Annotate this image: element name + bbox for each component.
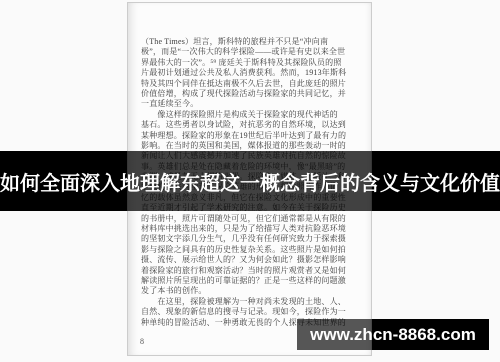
page-text-line: 影与探险之间具有的历史性复杂关系。这些照片是如何拍 [141,245,363,255]
page-text-line: 价值倍增，构成了现代探险活动与探险家的共同记忆，并 [141,89,363,99]
page-text-line: 片最初计划通过公共及私人消费获利。然而，1913年斯科 [141,68,363,78]
page-text-line: （The Times）坦言，斯科特的旅程并不只是“冲向南 [141,37,363,47]
page-number: 8 [140,337,144,346]
page-text-line: 的坚韧文字添几分生气，几乎没有任何研究致力于探索摄 [141,234,363,244]
page-text-line: 在这里，探险被理解为一种对尚未发现的土地、人、 [141,297,363,307]
page-text-line: 像这样的探险照片是构成关于探险家的现代神话的 [141,110,363,120]
page-text-line: 着探险家的旅行和观察活动？当时的照片观赏者又是如何 [141,266,363,276]
page-text-line: 界最伟大的一次”。⁵⁹ 庞廷关于斯科特及其探险队员的照 [141,58,363,68]
page-text-line: 摄、流传、展示给世人的？又为何会如此？摄影怎样影响 [141,255,363,265]
banner-title: 如何全面深入地理解东超这一概念背后的含义与文化价值 [0,167,500,196]
watermark-bar: www.zhcn-8868.com [297,319,489,350]
page-text-line: 一直延续至今。 [141,99,363,109]
page-text-line: 的书册中，照片可谓随处可见，但它们通常都是从有限的 [141,214,363,224]
page-text-line: 影响。在当时的英国和美国，媒体报道的那些轰动一时的 [141,141,363,151]
page-text-line: 自然、现象的新信息的搜寻与记录。现如今，探险作为一 [141,307,363,317]
page-text-line: 极”，而是“一次伟大的科学探险——或许是有史以来全世 [141,47,363,57]
page-text-line: 某种理想。探险家的形象在19世纪后半叶达到了最有力的 [141,131,363,141]
page-text-line: 发了本书的创作。 [141,286,363,296]
page-text-line: 基石。这些勇者以身试险，对抗恶劣的自然环境，以达到 [141,120,363,130]
watermark-url: www.zhcn-8868.com [310,325,476,345]
overlay-banner: 如何全面深入地理解东超这一概念背后的含义与文化价值 [0,151,500,211]
screenshot-root: （The Times）坦言，斯科特的旅程并不只是“冲向南极”，而是“一次伟大的科… [0,0,500,362]
page-text-line: 特及其四个同伴在抵达南极不久后去世，自此庞廷的照片 [141,79,363,89]
page-text-line: 材料库中挑选出来的，只是为了给描写人类对抗险恶环境 [141,224,363,234]
page-text-line: 解读照片所呈现出的可靠证据的？正是一些这样的问题激 [141,276,363,286]
